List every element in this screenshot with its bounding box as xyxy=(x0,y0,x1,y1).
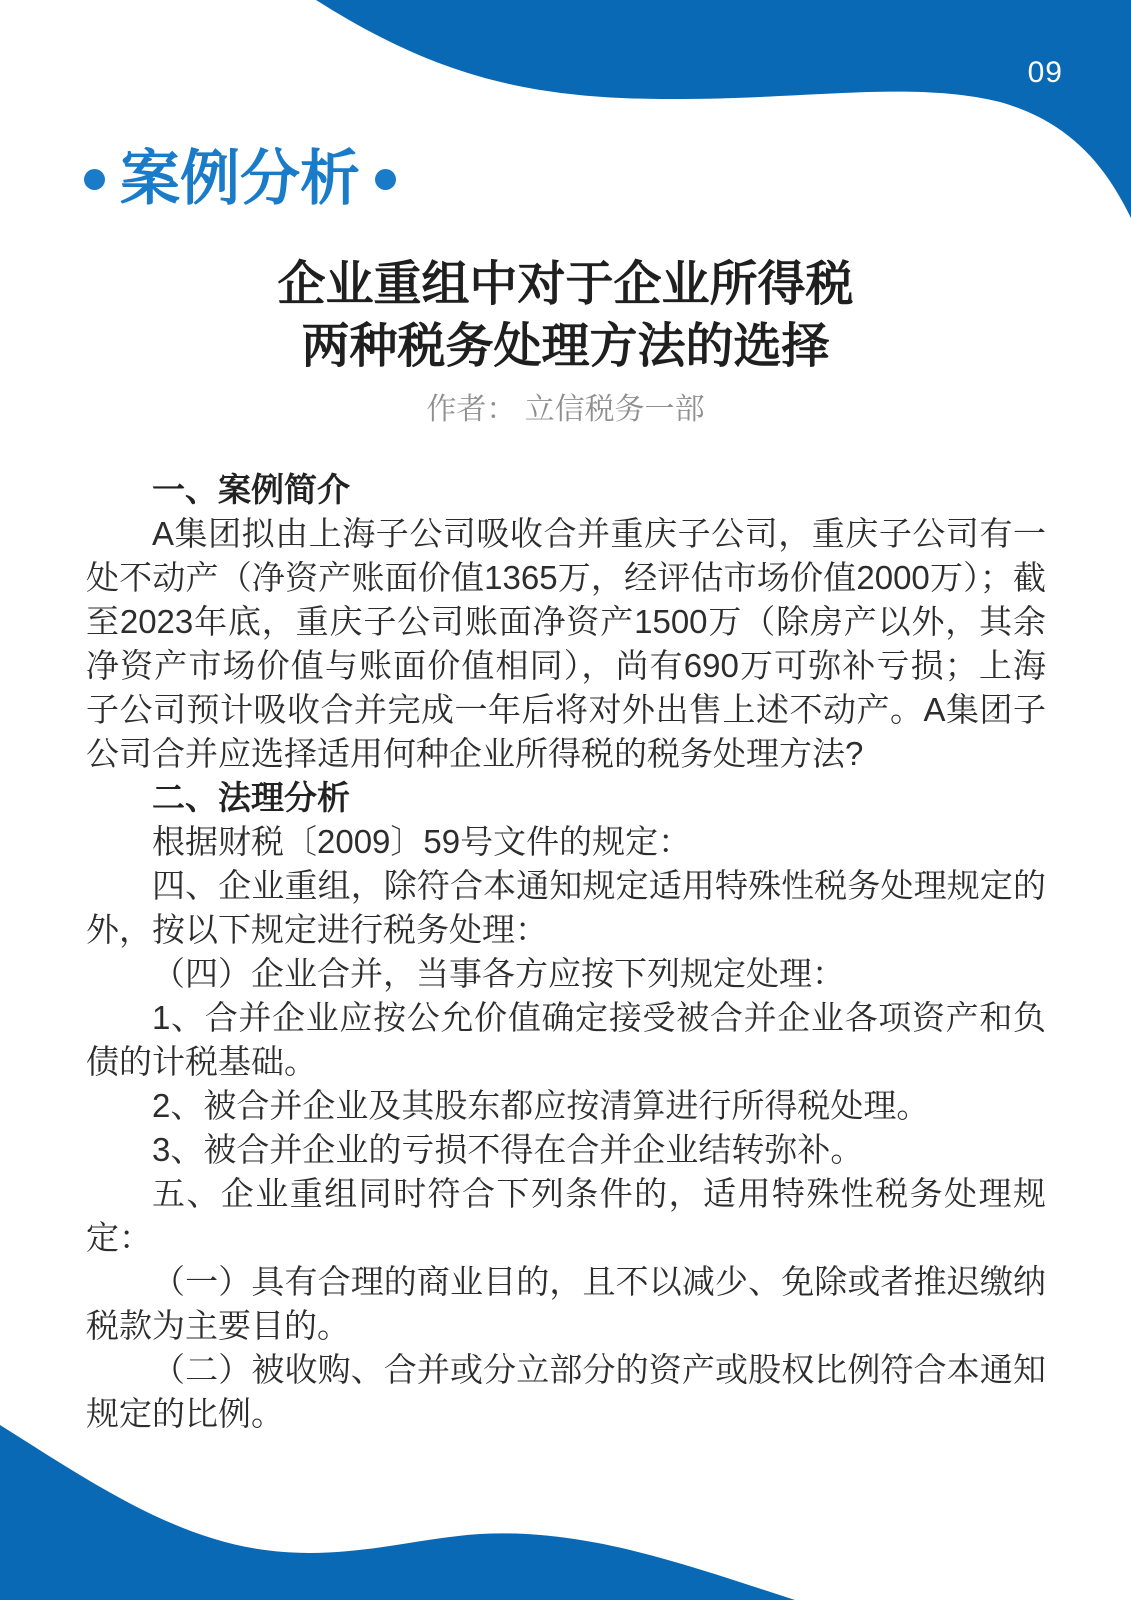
section2-heading: 二、法理分析 xyxy=(86,776,1046,820)
bullet-dot-right-icon xyxy=(375,169,396,190)
article-author: 作者： 立信税务一部 xyxy=(0,392,1131,428)
section2-paragraph-6: 3、被合并企业的亏损不得在合并企业结转弥补。 xyxy=(86,1128,1046,1172)
top-wave-decoration xyxy=(0,0,1131,260)
section2-paragraph-5: 2、被合并企业及其股东都应按清算进行所得税处理。 xyxy=(86,1084,1046,1128)
section2-paragraph-3: （四）企业合并，当事各方应按下列规定处理： xyxy=(86,952,1046,996)
section1-paragraph: A集团拟由上海子公司吸收合并重庆子公司，重庆子公司有一处不动产（净资产账面价值1… xyxy=(86,512,1046,776)
section-badge-label: 案例分析 xyxy=(120,146,360,212)
document-page: 09 案例分析 企业重组中对于企业所得税 两种税务处理方法的选择 作者： 立信税… xyxy=(0,0,1131,1600)
article-body: 一、案例简介 A集团拟由上海子公司吸收合并重庆子公司，重庆子公司有一处不动产（净… xyxy=(86,468,1046,1436)
section2-paragraph-8: （一）具有合理的商业目的，且不以减少、免除或者推迟缴纳税款为主要目的。 xyxy=(86,1260,1046,1348)
bottom-wave-decoration xyxy=(0,1420,1131,1600)
section2-paragraph-4: 1、合并企业应按公允价值确定接受被合并企业各项资产和负债的计税基础。 xyxy=(86,996,1046,1084)
page-number: 09 xyxy=(1028,58,1063,88)
bullet-dot-left-icon xyxy=(84,169,105,190)
section2-paragraph-7: 五、企业重组同时符合下列条件的，适用特殊性税务处理规定： xyxy=(86,1172,1046,1260)
section2-paragraph-9: （二）被收购、合并或分立部分的资产或股权比例符合本通知规定的比例。 xyxy=(86,1348,1046,1436)
article-title-line2: 两种税务处理方法的选择 xyxy=(0,316,1131,378)
section2-paragraph-1: 根据财税〔2009〕59号文件的规定： xyxy=(86,820,1046,864)
section-badge: 案例分析 xyxy=(84,146,396,212)
article-title: 企业重组中对于企业所得税 两种税务处理方法的选择 xyxy=(0,254,1131,378)
article-title-line1: 企业重组中对于企业所得税 xyxy=(0,254,1131,316)
section2-paragraph-2: 四、企业重组，除符合本通知规定适用特殊性税务处理规定的外，按以下规定进行税务处理… xyxy=(86,864,1046,952)
section1-heading: 一、案例简介 xyxy=(86,468,1046,512)
